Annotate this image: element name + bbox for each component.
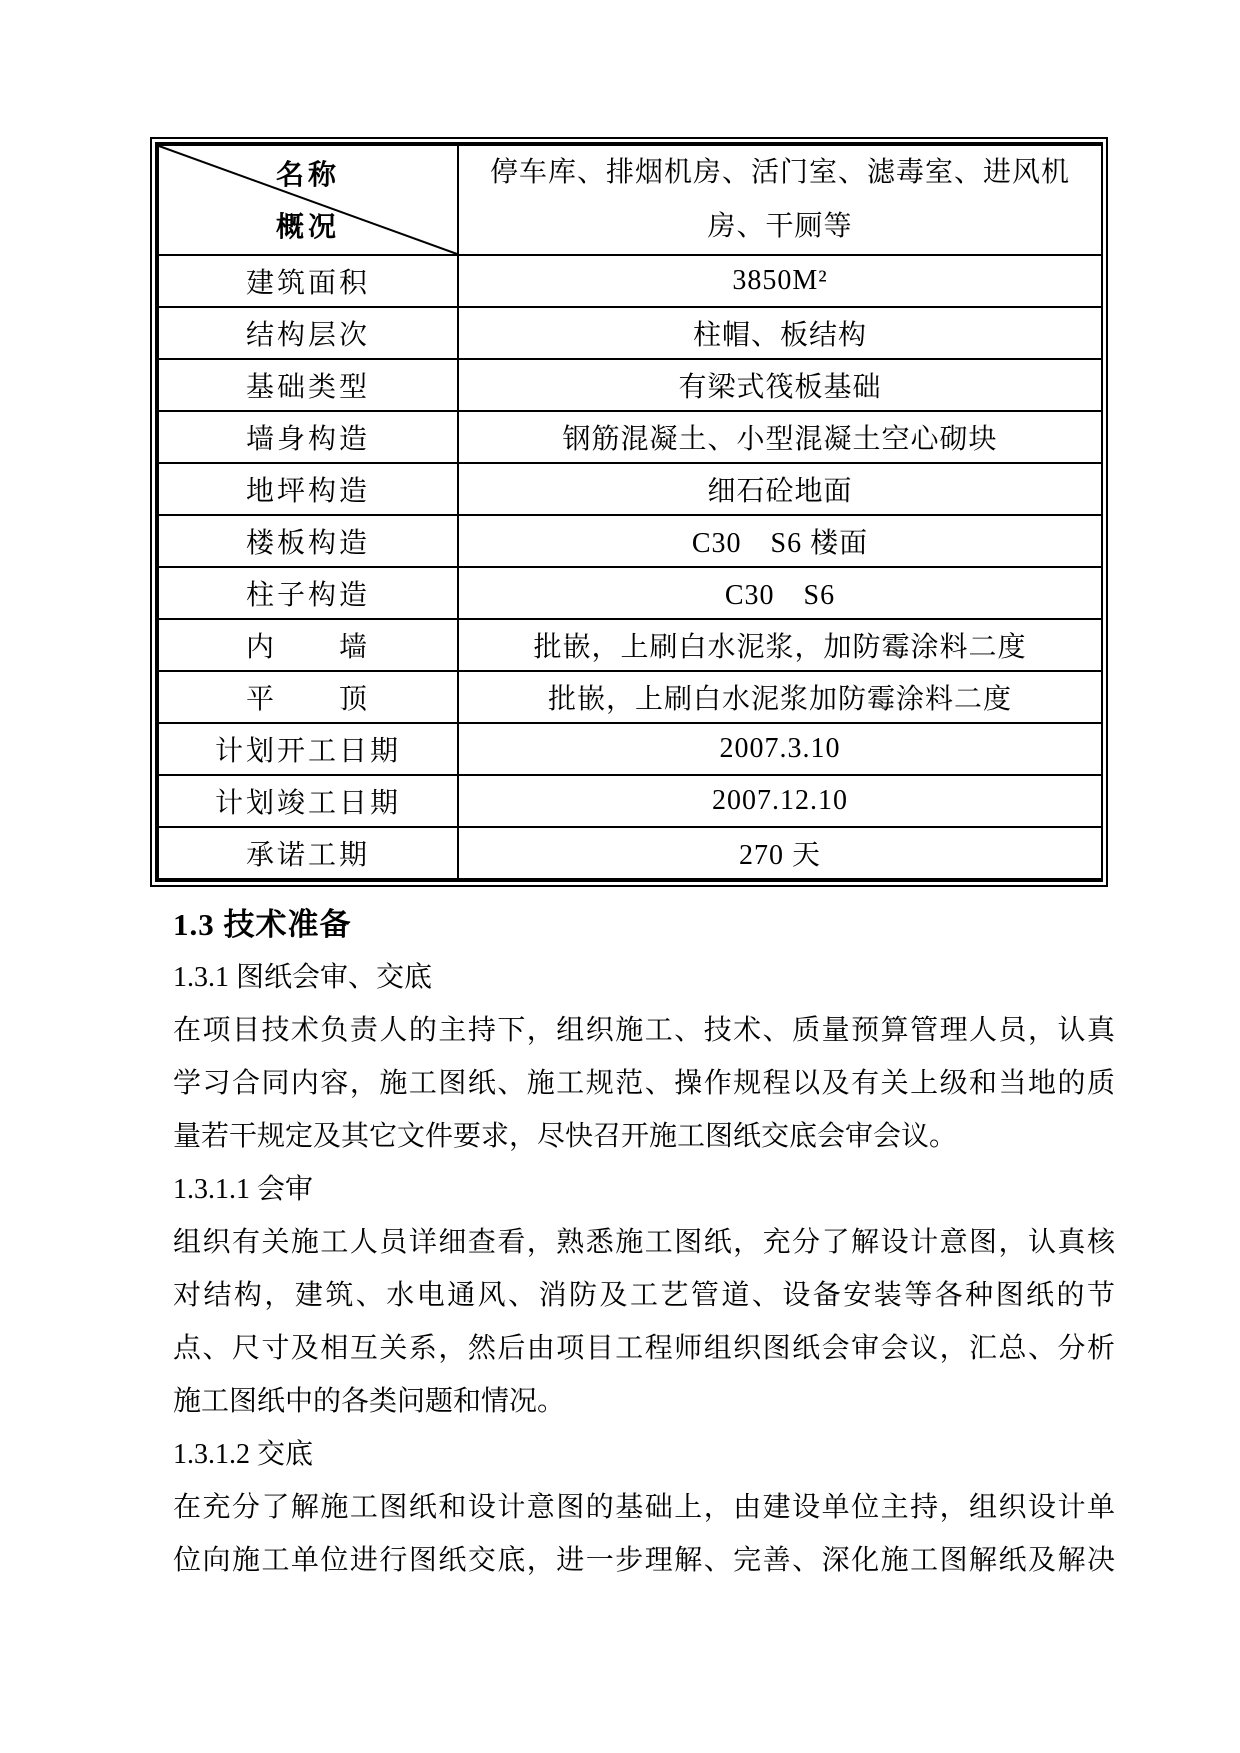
row-value: 3850M²	[458, 255, 1102, 307]
sub-heading-1-3-1: 1.3.1 图纸会审、交底	[173, 951, 1115, 1004]
section-heading-1-3: 1.3 技术准备	[173, 898, 1115, 951]
row-value: 柱帽、板结构	[458, 307, 1102, 359]
project-name-value: 停车库、排烟机房、活门室、滤毒室、进风机房、干厕等	[480, 146, 1080, 254]
paragraph-line: 学习合同内容，施工图纸、施工规范、操作规程以及有关上级和当地的质	[173, 1057, 1115, 1110]
sub-heading-1-3-1-2: 1.3.1.2 交底	[173, 1428, 1115, 1481]
table-row: 建筑面积 3850M²	[158, 255, 1102, 307]
row-value: 2007.3.10	[458, 723, 1102, 775]
row-value: 批嵌，上刷白水泥浆，加防霉涂料二度	[458, 619, 1102, 671]
paragraph-line: 在充分了解施工图纸和设计意图的基础上，由建设单位主持，组织设计单	[173, 1481, 1115, 1534]
row-label: 计划开工日期	[158, 723, 458, 775]
row-label: 结构层次	[158, 307, 458, 359]
paragraph-line: 量若干规定及其它文件要求，尽快召开施工图纸交底会审会议。	[173, 1110, 1115, 1163]
row-label: 墙身构造	[158, 411, 458, 463]
row-label: 地坪构造	[158, 463, 458, 515]
table-row: 承诺工期 270 天	[158, 827, 1102, 879]
row-label: 基础类型	[158, 359, 458, 411]
table-row: 计划开工日期 2007.3.10	[158, 723, 1102, 775]
body-text: 1.3 技术准备 1.3.1 图纸会审、交底 在项目技术负责人的主持下，组织施工…	[173, 898, 1115, 1587]
row-label: 楼板构造	[158, 515, 458, 567]
table-row: 结构层次 柱帽、板结构	[158, 307, 1102, 359]
row-label: 平 顶	[158, 671, 458, 723]
corner-label-overview: 概况	[159, 201, 457, 253]
table-row: 墙身构造 钢筋混凝土、小型混凝土空心砌块	[158, 411, 1102, 463]
row-value: 有梁式筏板基础	[458, 359, 1102, 411]
row-value: 批嵌，上刷白水泥浆加防霉涂料二度	[458, 671, 1102, 723]
table-row: 基础类型 有梁式筏板基础	[158, 359, 1102, 411]
paragraph-line: 点、尺寸及相互关系，然后由项目工程师组织图纸会审会议，汇总、分析	[173, 1322, 1115, 1375]
project-overview-table: 名称 概况 停车库、排烟机房、活门室、滤毒室、进风机房、干厕等 建筑面积 385…	[150, 137, 1108, 887]
row-value: C30 S6	[458, 567, 1102, 619]
row-value: 2007.12.10	[458, 775, 1102, 827]
table-row: 柱子构造 C30 S6	[158, 567, 1102, 619]
row-value: 270 天	[458, 827, 1102, 879]
paragraph-line: 在项目技术负责人的主持下，组织施工、技术、质量预算管理人员，认真	[173, 1004, 1115, 1057]
row-value: 细石砼地面	[458, 463, 1102, 515]
row-value: C30 S6 楼面	[458, 515, 1102, 567]
row-label: 内 墙	[158, 619, 458, 671]
row-label: 建筑面积	[158, 255, 458, 307]
table-row: 地坪构造 细石砼地面	[158, 463, 1102, 515]
row-label: 柱子构造	[158, 567, 458, 619]
sub-heading-1-3-1-1: 1.3.1.1 会审	[173, 1163, 1115, 1216]
diagonal-header-cell: 名称 概况	[158, 145, 458, 255]
table-header-row: 名称 概况 停车库、排烟机房、活门室、滤毒室、进风机房、干厕等	[158, 145, 1102, 255]
table-row: 内 墙 批嵌，上刷白水泥浆，加防霉涂料二度	[158, 619, 1102, 671]
paragraph-line: 位向施工单位进行图纸交底，进一步理解、完善、深化施工图解纸及解决	[173, 1534, 1115, 1587]
paragraph-line: 组织有关施工人员详细查看，熟悉施工图纸，充分了解设计意图，认真核	[173, 1216, 1115, 1269]
table-row: 楼板构造 C30 S6 楼面	[158, 515, 1102, 567]
row-value: 钢筋混凝土、小型混凝土空心砌块	[458, 411, 1102, 463]
row-label: 承诺工期	[158, 827, 458, 879]
row-label: 计划竣工日期	[158, 775, 458, 827]
header-value-cell: 停车库、排烟机房、活门室、滤毒室、进风机房、干厕等	[458, 145, 1102, 255]
table-row: 平 顶 批嵌，上刷白水泥浆加防霉涂料二度	[158, 671, 1102, 723]
paragraph-line: 施工图纸中的各类问题和情况。	[173, 1375, 1115, 1428]
document-page: 名称 概况 停车库、排烟机房、活门室、滤毒室、进风机房、干厕等 建筑面积 385…	[0, 0, 1240, 1753]
corner-label-name: 名称	[159, 147, 457, 201]
table-row: 计划竣工日期 2007.12.10	[158, 775, 1102, 827]
paragraph-line: 对结构，建筑、水电通风、消防及工艺管道、设备安装等各种图纸的节	[173, 1269, 1115, 1322]
